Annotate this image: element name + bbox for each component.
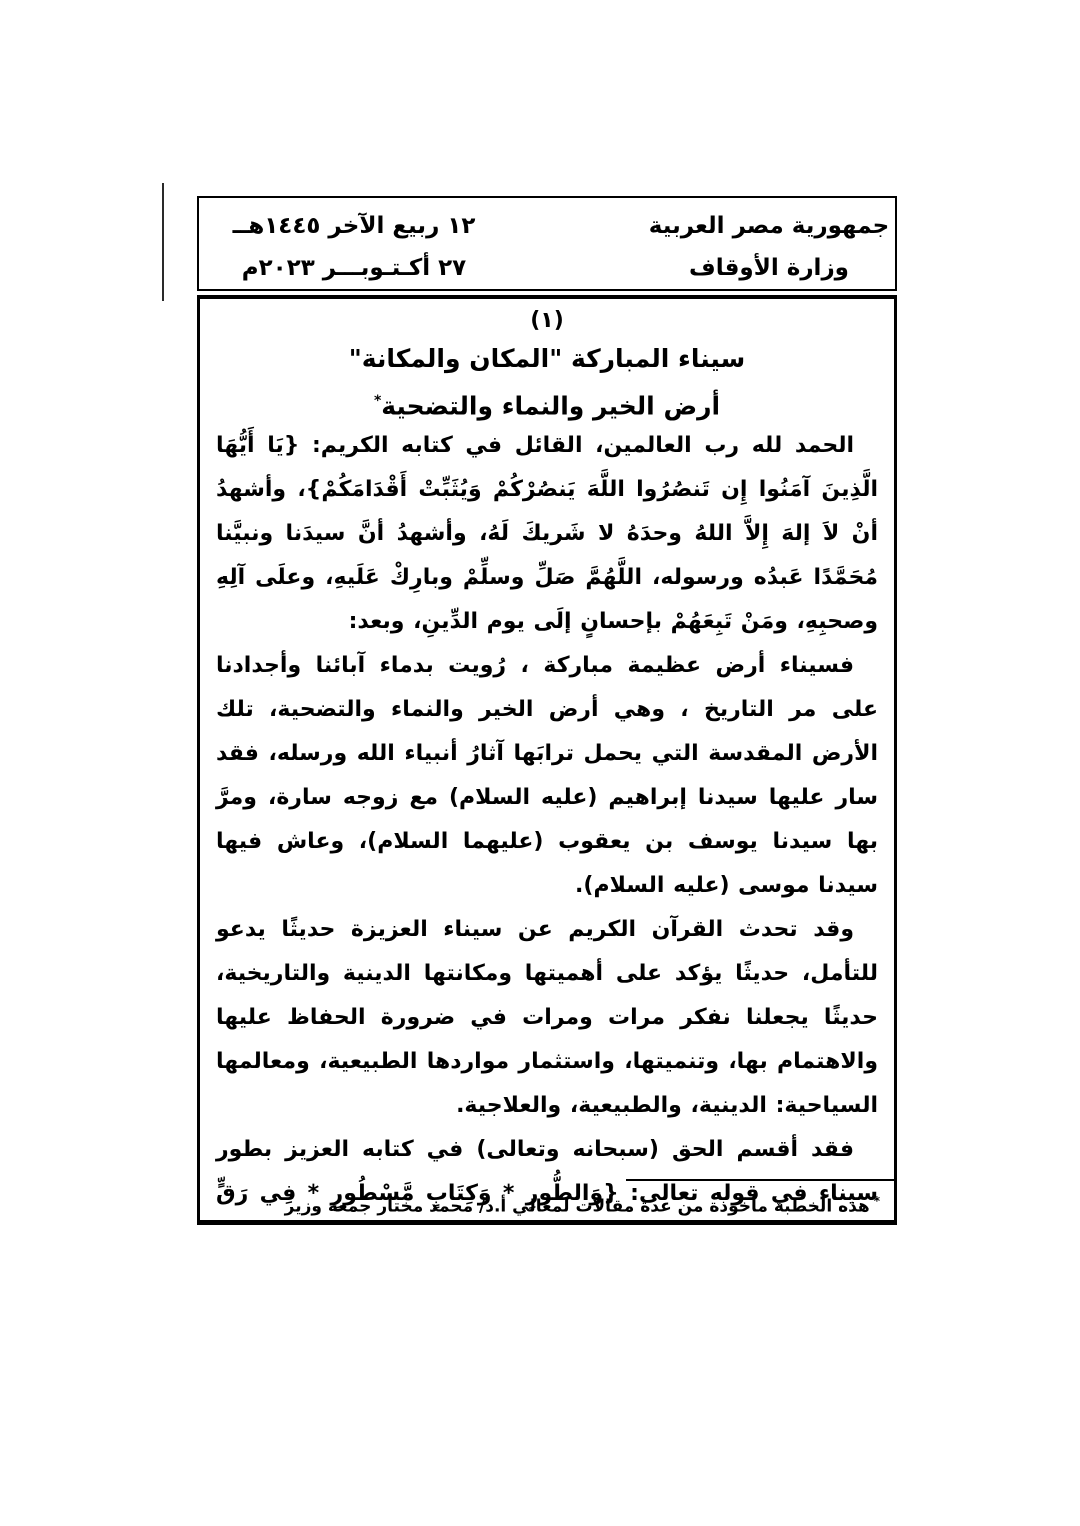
body-paragraph: الحمد لله رب العالمين، القائل في كتابه ا… <box>216 424 878 644</box>
body-paragraph: فسيناء أرض عظيمة مباركة ، رُويت بدماء آب… <box>216 644 878 908</box>
gregorian-date: ٢٧ أكـتـوبـــر ٢٠٢٣م <box>219 247 489 289</box>
page-number: (١) <box>216 305 878 337</box>
org-block: جمهورية مصر العربية وزارة الأوقاف <box>639 205 899 289</box>
sermon-subtitle: أرض الخير والنماء والتضحية* <box>216 383 878 419</box>
org-name: جمهورية مصر العربية <box>639 205 899 247</box>
sermon-subtitle-text: أرض الخير والنماء والتضحية <box>381 391 720 420</box>
letterhead: جمهورية مصر العربية وزارة الأوقاف ١٢ ربي… <box>197 196 897 291</box>
date-block: ١٢ ربيع الآخر ١٤٤٥هــ ٢٧ أكـتـوبـــر ٢٠٢… <box>219 205 489 289</box>
scan-fold-line <box>162 183 164 301</box>
sermon-body: الحمد لله رب العالمين، القائل في كتابه ا… <box>216 424 878 1225</box>
hijri-date: ١٢ ربيع الآخر ١٤٤٥هــ <box>219 205 489 247</box>
sermon-scan-page: جمهورية مصر العربية وزارة الأوقاف ١٢ ربي… <box>0 0 1080 1526</box>
org-department: وزارة الأوقاف <box>639 247 899 289</box>
footnote-divider <box>626 1179 896 1181</box>
footnote: *هذه الخطبة مأخوذة من عدة مقالات لمعالي … <box>216 1188 880 1225</box>
body-paragraph: وقد تحدث القرآن الكريم عن سيناء العزيزة … <box>216 908 878 1128</box>
sermon-content-frame: (١) سيناء المباركة "المكان والمكانة" أرض… <box>197 295 897 1225</box>
footnote-marker: * <box>874 1194 880 1208</box>
sermon-title: سيناء المباركة "المكان والمكانة" <box>216 341 878 377</box>
